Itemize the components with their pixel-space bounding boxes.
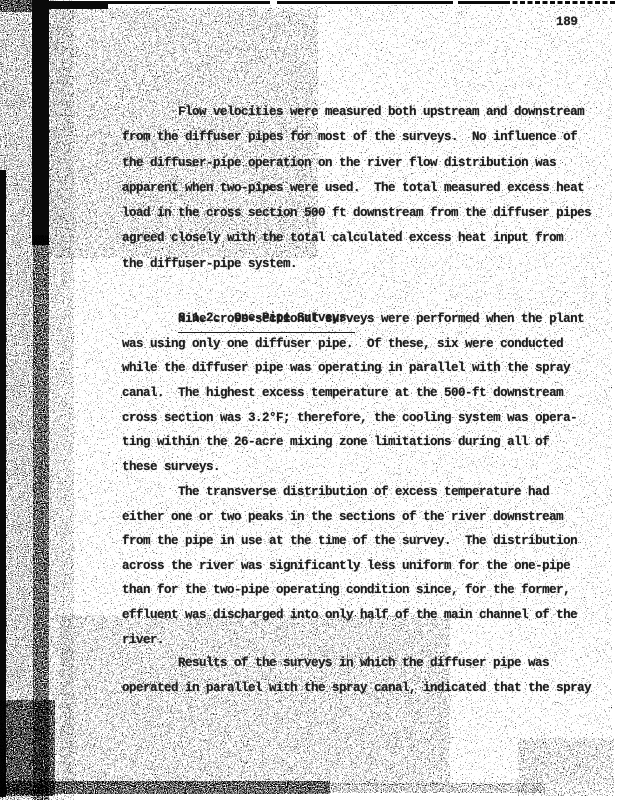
text-line: river. — [122, 628, 602, 653]
text-line: than for the two-pipe operating conditio… — [122, 578, 602, 603]
text-line: was using only one diffuser pipe. Of the… — [122, 332, 602, 357]
body-text: Flow velocities were measured both upstr… — [0, 0, 617, 800]
text-line: apparent when two-pipes were used. The t… — [122, 176, 602, 201]
text-line: agreed closely with the total calculated… — [122, 226, 602, 251]
text-line: canal. The highest excess temperature at… — [122, 381, 602, 406]
text-line: Nine cross-sectional surveys were perfor… — [122, 307, 602, 332]
text-line: either one or two peaks in the sections … — [122, 505, 602, 530]
text-line: cross section was 3.2°F; therefore, the … — [122, 406, 602, 431]
text-line: the diffuser-pipe system. — [122, 252, 602, 277]
paragraph-transverse-distribution: The transverse distribution of excess te… — [122, 480, 602, 652]
text-line: while the diffuser pipe was operating in… — [122, 356, 602, 381]
paragraph-two-pipe-summary: Flow velocities were measured both upstr… — [122, 100, 602, 277]
text-line: from the diffuser pipes for most of the … — [122, 125, 602, 150]
paragraph-one-pipe-surveys: Nine cross-sectional surveys were perfor… — [122, 307, 602, 480]
text-line: these surveys. — [122, 455, 602, 480]
paragraph-spray-canal-results: Results of the surveys in which the diff… — [122, 651, 602, 700]
text-line: across the river was significantly less … — [122, 554, 602, 579]
text-line: Flow velocities were measured both upstr… — [122, 100, 602, 125]
text-line: ting within the 26-acre mixing zone limi… — [122, 430, 602, 455]
text-line: load in the cross section 500 ft downstr… — [122, 201, 602, 226]
text-line: effluent was discharged into only half o… — [122, 603, 602, 628]
text-line: Results of the surveys in which the diff… — [122, 651, 602, 676]
text-line: operated in parallel with the spray cana… — [122, 676, 602, 701]
text-line: The transverse distribution of excess te… — [122, 480, 602, 505]
text-line: the diffuser-pipe operation on the river… — [122, 151, 602, 176]
scanned-document-page: 189 Flow velocities were measured both u… — [0, 0, 617, 800]
section-heading: 8.1.2. One-Pipe Surveys — [136, 281, 355, 306]
text-line: from the pipe in use at the time of the … — [122, 529, 602, 554]
